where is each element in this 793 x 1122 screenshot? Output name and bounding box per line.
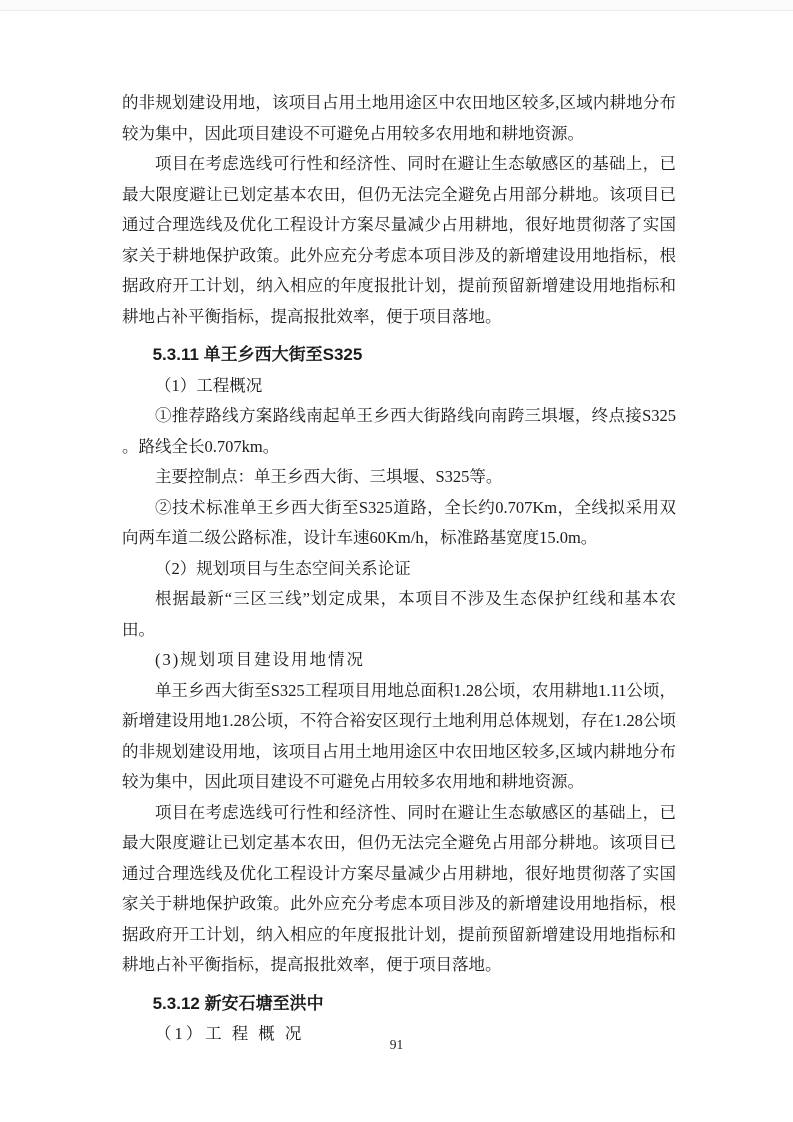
paragraph-three-zones-three-lines: 根据最新“三区三线”划定成果，本项目不涉及生态保护红线和基本农田。 (122, 584, 676, 645)
route-description-line-1: ①推荐路线方案路线南起单王乡西大街路线向南跨三埧堰，终点接S325 (122, 401, 676, 432)
paragraph-control-points: 主要控制点：单王乡西大街、三埧堰、S325等。 (122, 462, 676, 493)
route-description-line-2: 。路线全长0.707km。 (122, 432, 676, 463)
page-number: 91 (0, 1037, 793, 1053)
subheading-ecological-space: （2）规划项目与生态空间关系论证 (122, 554, 676, 585)
paragraph-route-description: ①推荐路线方案路线南起单王乡西大街路线向南跨三埧堰，终点接S325 。路线全长0… (122, 401, 676, 462)
subheading-project-overview: （1）工程概况 (122, 371, 676, 402)
section-heading-5-3-11: 5.3.11 单王乡西大街至S325 (122, 340, 676, 371)
page-top-edge (0, 0, 793, 11)
document-page: 的非规划建设用地，该项目占用土地用途区中农田地区较多,区域内耕地分布较为集中，因… (0, 0, 793, 1122)
paragraph-technical-standard: ②技术标准单王乡西大街至S325道路，全长约0.707Km，全线拟采用双向两车道… (122, 493, 676, 554)
subheading-construction-land: (3)规划项目建设用地情况 (122, 645, 676, 676)
paragraph-policy-measures: 项目在考虑选线可行性和经济性、同时在避让生态敏感区的基础上，已最大限度避让已划定… (122, 149, 676, 332)
paragraph-policy-measures-repeat: 项目在考虑选线可行性和经济性、同时在避让生态敏感区的基础上，已最大限度避让已划定… (122, 798, 676, 981)
paragraph-landuse-continuation: 的非规划建设用地，该项目占用土地用途区中农田地区较多,区域内耕地分布较为集中，因… (122, 88, 676, 149)
page-content: 的非规划建设用地，该项目占用土地用途区中农田地区较多,区域内耕地分布较为集中，因… (122, 88, 676, 1050)
section-heading-5-3-12: 5.3.12 新安石塘至洪中 (122, 989, 676, 1020)
paragraph-land-area-details: 单王乡西大街至S325工程项目用地总面积1.28公顷，农用耕地1.11公顷，新增… (122, 676, 676, 798)
